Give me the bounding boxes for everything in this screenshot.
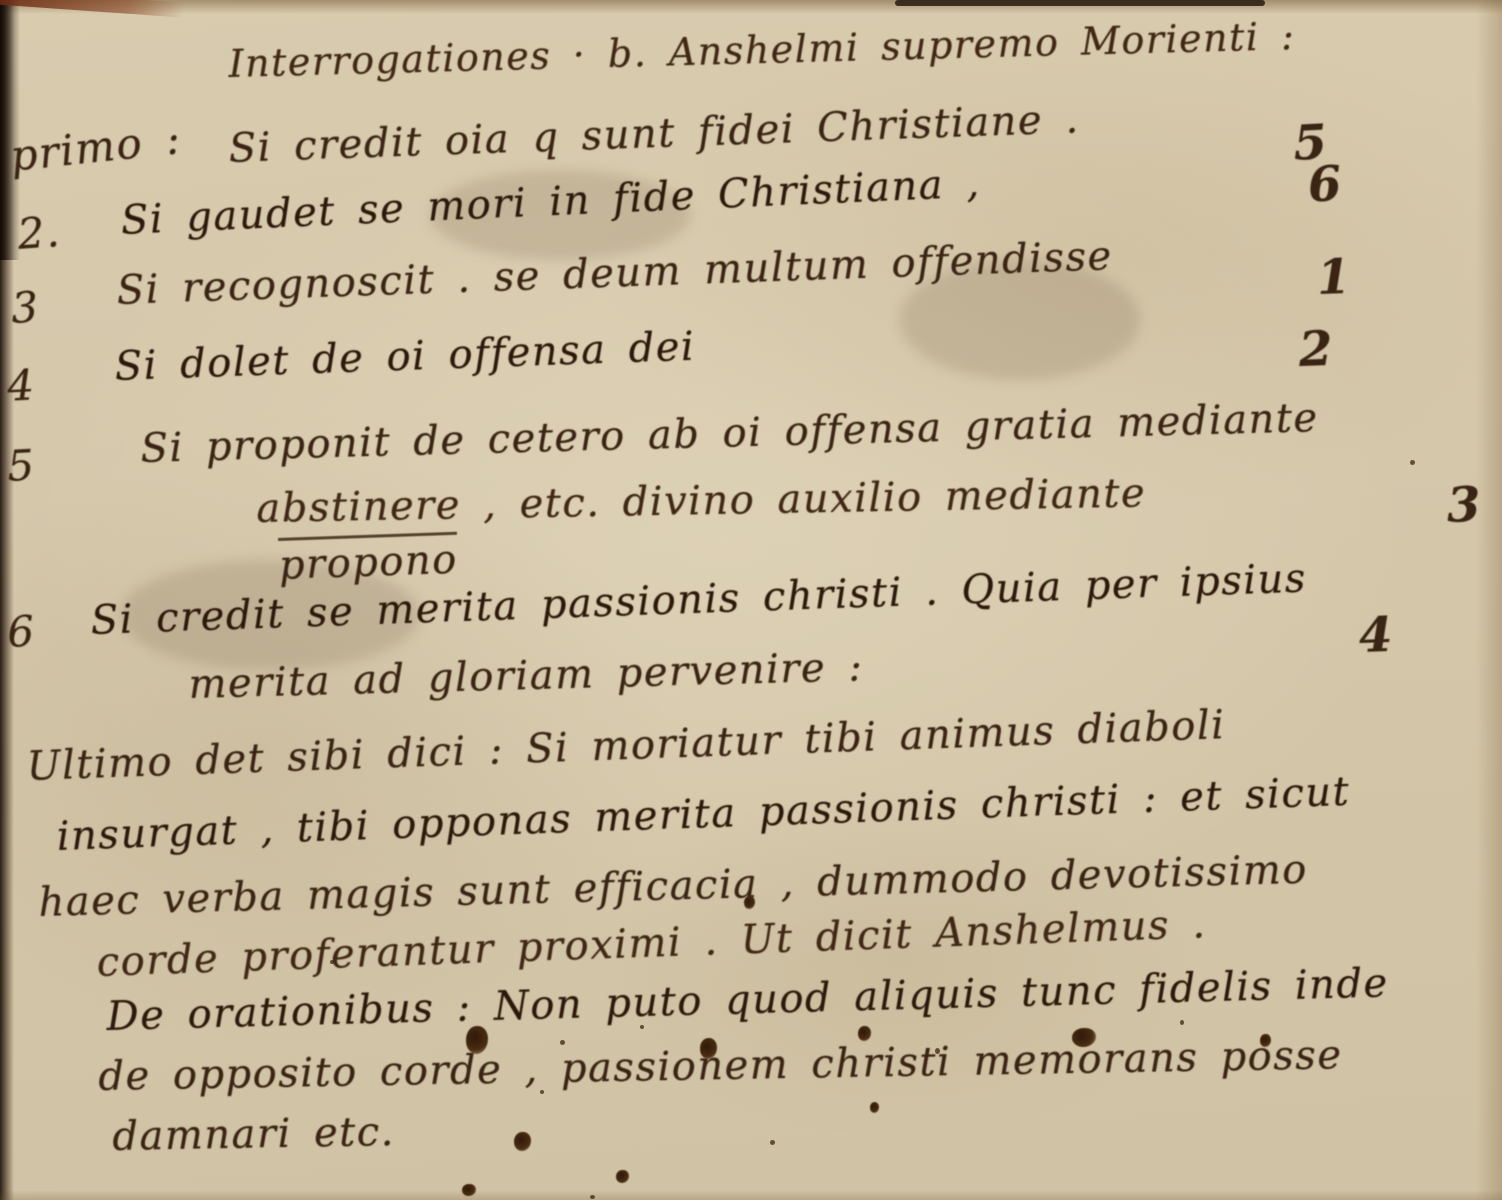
entry-4-number: 2: [1298, 321, 1333, 378]
ink-blot: [858, 1026, 871, 1041]
paragraph-line-6: de opposito corde , passionem christi me…: [98, 1032, 1343, 1100]
entry-1-margin: primo :: [8, 114, 184, 181]
paragraph-line-7: damnari etc.: [112, 1109, 395, 1160]
ink-blot: [616, 1170, 629, 1183]
entry-5-number: 3: [1446, 477, 1481, 534]
page-right-edge: [1476, 0, 1502, 1200]
entry-4-margin: 4: [6, 361, 37, 411]
paragraph-line-1: Ultimo det sibi dici : Si moriatur tibi …: [26, 702, 1226, 790]
entry-3-margin: 3: [10, 283, 41, 333]
ink-speck: [935, 1048, 940, 1054]
paragraph-line-2: insurgat , tibi opponas merita passionis…: [56, 769, 1351, 860]
page-bottom-edge: [0, 1190, 1502, 1200]
ink-speck: [770, 1140, 775, 1145]
ink-blot: [870, 1102, 879, 1113]
entry-5-text-continued: abstinere , etc. divino auxilio mediante: [256, 470, 1147, 532]
manuscript-page: Interrogationes · b. Anshelmi supremo Mo…: [0, 0, 1502, 1200]
entry-5-insertion: propono: [278, 532, 459, 589]
entry-5-margin: 5: [6, 441, 37, 491]
ink-speck: [560, 1040, 565, 1045]
ink-blot: [514, 1132, 531, 1151]
entry-1-text: Si credit oia q sunt fidei Christiane .: [228, 96, 1080, 172]
entry-2-number: 6: [1306, 156, 1343, 214]
title-line: Interrogationes · b. Anshelmi supremo Mo…: [228, 14, 1296, 86]
entry-5-text: Si proponit de cetero ab oi offensa grat…: [140, 395, 1319, 472]
page-top-edge-shadow: [895, 0, 1265, 6]
ink-speck: [590, 1195, 595, 1199]
ink-speck: [1180, 1020, 1184, 1025]
ink-speck: [640, 1025, 644, 1029]
ink-speck: [1410, 460, 1415, 465]
entry-4-text: Si dolet de oi offensa dei: [114, 324, 696, 390]
ink-speck: [540, 1090, 544, 1094]
ink-speck: [330, 960, 334, 964]
entry-2-margin: 2.: [16, 207, 62, 259]
entry-6-number: 4: [1358, 607, 1393, 664]
page-top-edge: [0, 0, 1502, 14]
entry-3-number: 1: [1316, 249, 1351, 306]
entry-6-margin: 6: [6, 607, 37, 657]
